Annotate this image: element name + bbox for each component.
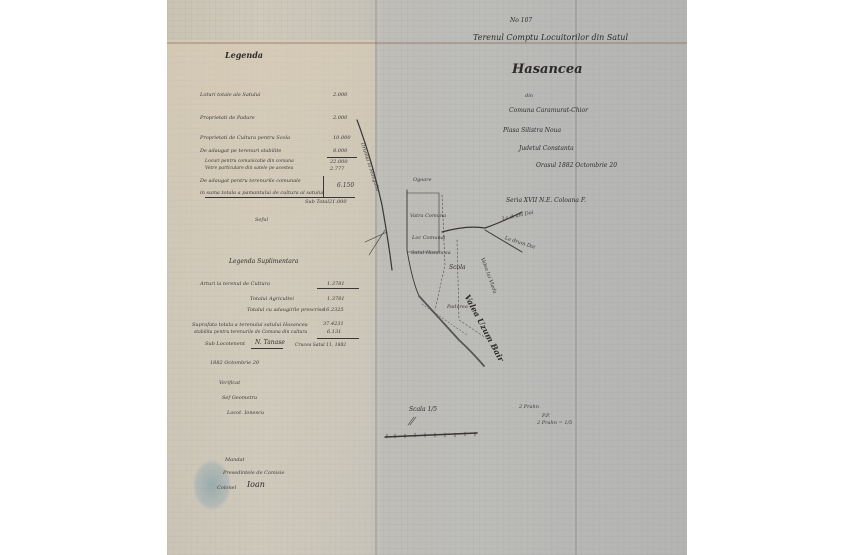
parcel-label: Vatra Comuna [410, 213, 446, 219]
school-label: Scola [449, 264, 466, 271]
map-drawing [167, 0, 687, 555]
pasture-label: Padurea [447, 304, 468, 310]
scale-note: 2 Prahn [519, 404, 539, 410]
map-document: No 107 Terenul Comptu Locuitorilor din S… [167, 0, 687, 555]
scale-label: Scala 1/5 [409, 406, 437, 413]
parcel-label: Satul Hasancea [411, 250, 451, 256]
parcel-label: Loc Comunal [412, 235, 445, 241]
scale-note: P.P. [542, 413, 550, 419]
scale-note: 2 Prahn = 1/5 [537, 420, 572, 426]
top-field-label: Ogoare [413, 177, 432, 183]
